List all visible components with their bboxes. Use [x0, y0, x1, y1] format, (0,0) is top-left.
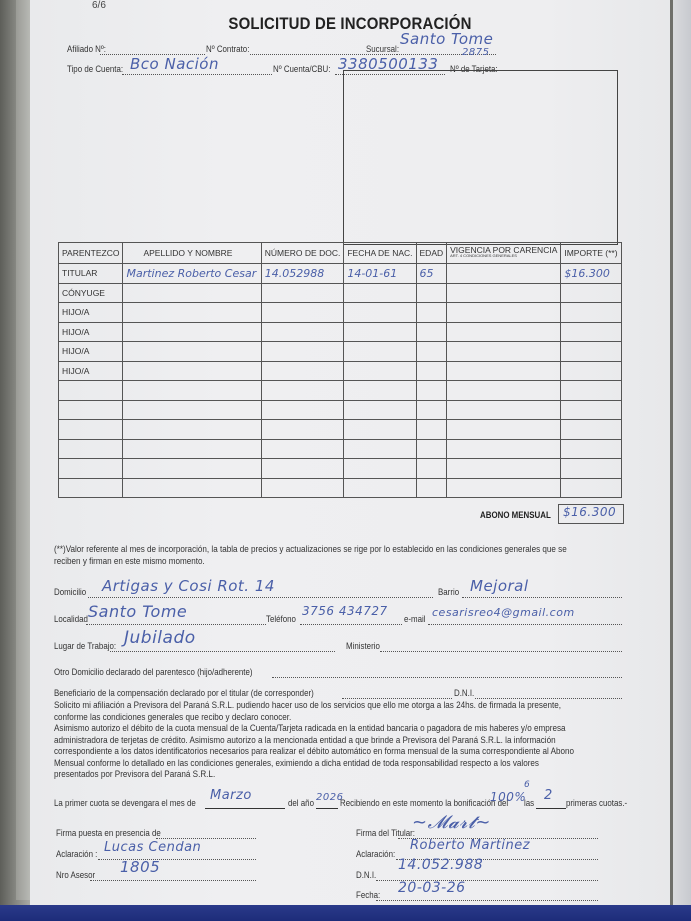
table-row: HIJO/A — [59, 361, 622, 381]
cell-importe[interactable]: $16.300 — [561, 264, 622, 284]
page-number: 6/6 — [92, 0, 106, 11]
cell-vigencia[interactable] — [447, 303, 561, 323]
table-row: HIJO/A — [59, 342, 622, 362]
form-title: SOLICITUD DE INCORPORACIÓN — [68, 14, 631, 34]
titular-signature: ~𝓜𝓪𝓻𝓽~ — [412, 812, 491, 833]
cell-parentezco: TITULAR — [59, 264, 123, 284]
cell-fecha-nac[interactable] — [344, 361, 416, 381]
tipo-cuenta-field[interactable] — [122, 74, 272, 75]
cell-edad[interactable] — [416, 283, 447, 303]
cell-fecha-nac[interactable] — [344, 420, 416, 440]
col-fecha-nac: FECHA DE NAC. — [344, 243, 416, 264]
cell-edad[interactable] — [416, 322, 447, 342]
tipo-cuenta-label: Tipo de Cuenta: — [67, 64, 123, 74]
asesor-field[interactable] — [90, 880, 256, 881]
table-row — [59, 459, 622, 479]
asesor-value: 1805 — [120, 858, 160, 876]
cell-nombre[interactable] — [123, 303, 261, 323]
first-payment-prefix: La primer cuota se devengara el mes de — [54, 798, 196, 808]
table-row: HIJO/A — [59, 303, 622, 323]
cell-vigencia[interactable] — [447, 342, 561, 362]
beneficiario-dni-field[interactable] — [475, 698, 622, 699]
cell-nombre[interactable]: Martinez Roberto Cesar — [123, 264, 261, 284]
cell-edad[interactable]: 65 — [416, 264, 447, 284]
beneficiario-field[interactable] — [342, 698, 452, 699]
cell-parentezco — [59, 478, 123, 498]
cell-edad[interactable] — [416, 361, 447, 381]
cell-parentezco: CÓNYUGE — [59, 283, 123, 303]
cell-importe[interactable] — [561, 303, 622, 323]
telefono-field[interactable] — [300, 624, 402, 625]
afiliado-label: Afiliado Nº: — [67, 44, 106, 54]
cell-doc[interactable] — [261, 478, 344, 498]
cell-doc[interactable] — [261, 303, 344, 323]
cell-parentezco: HIJO/A — [59, 361, 123, 381]
cell-doc[interactable] — [261, 342, 344, 362]
background-right — [673, 0, 691, 921]
col-parentezco: PARENTEZCO — [59, 243, 123, 264]
trabajo-value: Jubilado — [124, 628, 196, 648]
cell-edad[interactable] — [416, 478, 447, 498]
cell-importe[interactable] — [561, 400, 622, 420]
cell-fecha-nac[interactable] — [344, 459, 416, 479]
abono-mensual-label: ABONO MENSUAL — [480, 510, 551, 520]
cell-nombre[interactable] — [123, 283, 261, 303]
anio-label: del año — [288, 798, 314, 808]
trabajo-label: Lugar de Trabajo: — [54, 641, 116, 651]
cell-edad[interactable] — [416, 459, 447, 479]
cell-nombre[interactable] — [123, 478, 261, 498]
cell-doc[interactable] — [261, 283, 344, 303]
table-row: TITULARMartinez Roberto Cesar14.05298814… — [59, 264, 622, 284]
cell-fecha-nac[interactable] — [344, 381, 416, 401]
cell-vigencia[interactable] — [447, 459, 561, 479]
card-number-box[interactable] — [343, 70, 618, 245]
cell-doc[interactable] — [261, 420, 344, 440]
cell-parentezco — [59, 420, 123, 440]
cell-nombre[interactable] — [123, 381, 261, 401]
localidad-label: Localidad — [54, 614, 88, 624]
cell-fecha-nac[interactable] — [344, 283, 416, 303]
cell-vigencia[interactable] — [447, 478, 561, 498]
trabajo-field[interactable] — [110, 651, 335, 652]
cell-nombre[interactable] — [123, 361, 261, 381]
presencia-signature-field[interactable] — [156, 838, 256, 839]
cell-parentezco: HIJO/A — [59, 303, 123, 323]
abono-mensual-value: $16.300 — [563, 505, 616, 519]
table-row: CÓNYUGE — [59, 283, 622, 303]
bonif-note: 6 — [524, 780, 530, 790]
telefono-label: Teléfono — [266, 614, 296, 624]
cell-parentezco — [59, 439, 123, 459]
family-table-body: TITULARMartinez Roberto Cesar14.05298814… — [59, 264, 622, 498]
cell-parentezco: HIJO/A — [59, 322, 123, 342]
cell-parentezco — [59, 381, 123, 401]
otro-domicilio-label: Otro Domicilio declarado del parentesco … — [54, 667, 253, 677]
mes-field[interactable] — [205, 808, 285, 809]
cell-fecha-nac[interactable] — [344, 322, 416, 342]
cell-nombre[interactable] — [123, 342, 261, 362]
cell-vigencia[interactable] — [447, 420, 561, 440]
cell-importe[interactable] — [561, 381, 622, 401]
ministerio-field[interactable] — [380, 651, 622, 652]
localidad-field[interactable] — [86, 624, 266, 625]
cell-importe[interactable] — [561, 322, 622, 342]
bonif-value: 100% — [490, 790, 526, 804]
sucursal-value: Santo Tome — [400, 30, 493, 48]
cell-doc[interactable] — [261, 400, 344, 420]
contrato-label: Nº Contrato: — [206, 44, 249, 54]
las-label: las — [524, 798, 534, 808]
email-value: cesarisreo4@gmail.com — [432, 606, 575, 619]
abono-mensual-field[interactable]: $16.300 — [558, 504, 624, 524]
terms-paragraph-2: Asimismo autorizo el débito de la cuota … — [54, 723, 585, 781]
cuenta-label: Nº Cuenta/CBU: — [273, 64, 330, 74]
cell-vigencia[interactable] — [447, 361, 561, 381]
cell-parentezco: HIJO/A — [59, 342, 123, 362]
table-row — [59, 420, 622, 440]
ministerio-label: Ministerio — [346, 641, 380, 651]
cell-vigencia[interactable] — [447, 322, 561, 342]
table-row — [59, 381, 622, 401]
email-label: e-mail — [404, 614, 426, 624]
cell-edad[interactable] — [416, 439, 447, 459]
cell-nombre[interactable] — [123, 459, 261, 479]
form-page: 6/6 SOLICITUD DE INCORPORACIÓN Afiliado … — [30, 0, 670, 910]
cell-importe[interactable] — [561, 420, 622, 440]
cell-doc[interactable] — [261, 361, 344, 381]
cell-doc[interactable] — [261, 381, 344, 401]
fecha-field[interactable] — [376, 900, 598, 901]
fecha-value: 20-03-26 — [398, 880, 466, 896]
otro-domicilio-field[interactable] — [272, 677, 622, 678]
mes-value: Marzo — [210, 788, 252, 803]
cell-doc[interactable] — [261, 459, 344, 479]
barrio-field[interactable] — [462, 597, 622, 598]
cell-nombre[interactable] — [123, 400, 261, 420]
col-vigencia: VIGENCIA POR CARENCIA ART. 4 CONDICIONES… — [447, 243, 561, 264]
col-doc: NÚMERO DE DOC. — [261, 243, 344, 264]
email-field[interactable] — [428, 624, 622, 625]
cell-importe[interactable] — [561, 478, 622, 498]
dni-value: 14.052.988 — [398, 857, 483, 873]
domicilio-label: Domicilio — [54, 587, 86, 597]
cell-vigencia[interactable] — [447, 439, 561, 459]
table-header-row: PARENTEZCO APELLIDO Y NOMBRE NÚMERO DE D… — [59, 243, 622, 264]
background-bottom-strip — [0, 905, 691, 921]
cell-edad[interactable] — [416, 420, 447, 440]
table-row — [59, 400, 622, 420]
cell-vigencia[interactable] — [447, 283, 561, 303]
cuotas-value: 2 — [544, 788, 553, 803]
cell-importe[interactable] — [561, 439, 622, 459]
cell-edad[interactable] — [416, 342, 447, 362]
barrio-value: Mejoral — [470, 577, 529, 595]
footnote: (**)Valor referente al mes de incorporac… — [54, 544, 585, 567]
terms-paragraph-1: Solicito mi afiliación a Previsora del P… — [54, 700, 585, 723]
dni-label: D.N.I. — [356, 870, 376, 880]
beneficiario-label: Beneficiario de la compensación declarad… — [54, 688, 314, 698]
tipo-cuenta-value: Bco Nación — [130, 55, 219, 73]
localidad-value: Santo Tome — [88, 602, 187, 621]
anio-field[interactable] — [316, 808, 338, 809]
cell-importe[interactable] — [561, 342, 622, 362]
col-nombre: APELLIDO Y NOMBRE — [123, 243, 261, 264]
cell-fecha-nac[interactable] — [344, 439, 416, 459]
aclaracion-right-value: Roberto Martinez — [410, 838, 530, 853]
sucursal-label: Sucursal: — [366, 44, 399, 54]
cell-nombre[interactable] — [123, 420, 261, 440]
col-importe: IMPORTE (**) — [561, 243, 622, 264]
cell-vigencia[interactable] — [447, 264, 561, 284]
fecha-label: Fecha: — [356, 890, 380, 900]
family-table: PARENTEZCO APELLIDO Y NOMBRE NÚMERO DE D… — [58, 242, 622, 498]
cuotas-field[interactable] — [536, 808, 566, 809]
presencia-label: Firma puesta en presencia de — [56, 828, 161, 838]
cell-doc[interactable]: 14.052988 — [261, 264, 344, 284]
cell-doc[interactable] — [261, 322, 344, 342]
cell-edad[interactable] — [416, 400, 447, 420]
table-row — [59, 478, 622, 498]
titular-signature-label: Firma del Titular: — [356, 828, 415, 838]
cell-edad[interactable] — [416, 381, 447, 401]
cell-nombre[interactable] — [123, 439, 261, 459]
col-edad: EDAD — [416, 243, 447, 264]
telefono-value: 3756 434727 — [302, 604, 388, 618]
cell-vigencia[interactable] — [447, 381, 561, 401]
aclaracion-right-label: Aclaración: — [356, 849, 395, 859]
sucursal-note: 2875 — [462, 47, 489, 58]
asesor-label: Nro Asesor — [56, 870, 95, 880]
barrio-label: Barrio — [438, 587, 459, 597]
bonif-text: Recibiendo en este momento la bonificaci… — [340, 798, 508, 808]
cell-vigencia[interactable] — [447, 400, 561, 420]
cell-edad[interactable] — [416, 303, 447, 323]
aclaracion-left-value: Lucas Cendan — [104, 840, 201, 855]
cell-fecha-nac[interactable] — [344, 478, 416, 498]
cell-importe[interactable] — [561, 459, 622, 479]
first-payment-suffix: primeras cuotas.- — [566, 798, 627, 808]
cell-nombre[interactable] — [123, 322, 261, 342]
cell-fecha-nac[interactable]: 14-01-61 — [344, 264, 416, 284]
cell-doc[interactable] — [261, 439, 344, 459]
cell-parentezco — [59, 459, 123, 479]
domicilio-field[interactable] — [88, 597, 433, 598]
table-row: HIJO/A — [59, 322, 622, 342]
beneficiario-dni-label: D.N.I. — [454, 688, 474, 698]
cell-importe[interactable] — [561, 361, 622, 381]
cell-fecha-nac[interactable] — [344, 303, 416, 323]
domicilio-value: Artigas y Cosi Rot. 14 — [102, 577, 275, 595]
aclaracion-left-label: Aclaración : — [56, 849, 97, 859]
cell-parentezco — [59, 400, 123, 420]
cell-fecha-nac[interactable] — [344, 342, 416, 362]
cell-fecha-nac[interactable] — [344, 400, 416, 420]
table-row — [59, 439, 622, 459]
cell-importe[interactable] — [561, 283, 622, 303]
